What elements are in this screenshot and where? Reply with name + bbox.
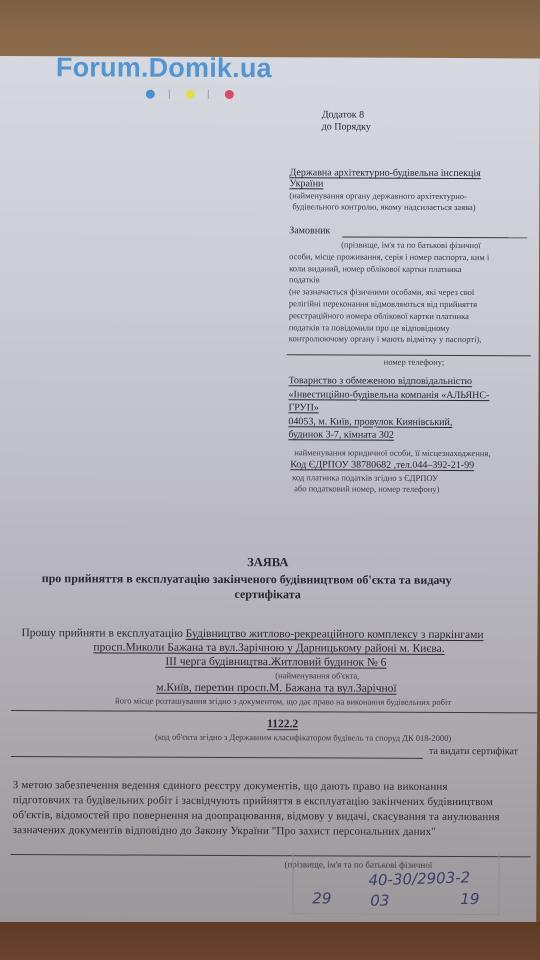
- authority-name-2: України: [289, 178, 323, 190]
- customer-field-line: [342, 236, 527, 238]
- customer-note-line: особи, місце проживання, серія і номер п…: [289, 251, 489, 263]
- watermark-dot-yellow: [186, 90, 195, 99]
- customer-note-line: коли виданий, номер облікової картки пла…: [289, 263, 461, 275]
- company-line: будинок 3-7, кімната 302: [288, 429, 394, 441]
- customer-label: Замовник: [289, 225, 330, 237]
- company-note: найменування юридичної особи, її місцезн…: [294, 447, 490, 459]
- object-name-3: III черга будівництва.Житловий будинок №…: [165, 655, 386, 670]
- watermark-dot-blue: [146, 90, 155, 99]
- certificate-tail: та видати сертифікат: [429, 746, 518, 758]
- object-name: Будівництво житлово-рекреаційного компле…: [186, 628, 484, 641]
- consent-line: З метою забезпечення ведення єдиного реє…: [13, 778, 448, 794]
- desk-background-top: [0, 0, 540, 58]
- customer-note-line: податків та повідомили про це відповідно…: [289, 322, 450, 334]
- document-page: Forum.Domik.ua Додаток 8 до Порядку Держ…: [0, 56, 540, 926]
- company-line: ГРУП»: [288, 402, 318, 414]
- document-subtitle: про прийняття в експлуатацію закінченого…: [42, 571, 452, 587]
- customer-note-line: реєстраційного номера облікової картки п…: [289, 310, 469, 322]
- location-note: його місце розташування згідно з докумен…: [115, 696, 451, 708]
- stamp-day: 29: [312, 889, 331, 907]
- request-prefix: Прошу прийняти в експлуатацію: [21, 627, 185, 640]
- stamp-month: 03: [370, 892, 389, 910]
- consent-line: підготовчих та будівельних робіт і засві…: [13, 793, 493, 809]
- phone-label: номер телефону;: [384, 357, 445, 368]
- location-line: [11, 710, 537, 713]
- customer-note-line: релігійні переконання відмовляються від …: [289, 298, 477, 310]
- company-code-note: код платника податків згідно з ЄДРПОУ: [292, 472, 438, 484]
- appendix-sub: до Порядку: [322, 121, 371, 133]
- document-subtitle-2: сертифіката: [0, 586, 538, 602]
- certificate-line: [11, 756, 423, 759]
- consent-line: об'єктів, відомостей про повернення на д…: [13, 808, 500, 824]
- authority-note-2: будівельного контролю, якому надсилаєтьс…: [292, 201, 475, 213]
- consent-line: зазначених документів відповідно до Зако…: [13, 823, 436, 839]
- watermark-dot-pink: [225, 90, 234, 99]
- watermark-divider: [169, 90, 170, 99]
- customer-note-line: контролюючому органу і мають відмітку у …: [289, 334, 482, 346]
- object-code: 1122.2: [267, 717, 298, 731]
- stamp-year: 19: [460, 890, 479, 908]
- object-note: (найменування об'єкта,: [275, 670, 359, 681]
- watermark-dots: [146, 90, 246, 102]
- registration-number: 40-30/2903-2: [368, 868, 470, 889]
- request-line: Прошу прийняти в експлуатацію Будівництв…: [21, 626, 483, 642]
- authority-note: (найменування органу державного архітект…: [289, 190, 467, 202]
- company-line: 04053, м. Київ, провулок Киянівський,: [288, 416, 452, 429]
- company-line: «Інвестиційно-будівельна компанія «АЛЬЯН…: [288, 389, 489, 402]
- appendix-label: Додаток 8: [322, 109, 364, 121]
- company-code: Код ЄДРПОУ 38780682 ,тел.044–392-21-99: [290, 459, 474, 472]
- desk-background-bottom: [0, 922, 540, 960]
- object-code-note: (код об'єкта згідно з Державним класифік…: [155, 732, 451, 744]
- company-code-note-2: або податковий номер, номер телефону): [294, 483, 439, 495]
- object-name-2: просп.Миколи Бажана та вул.Зарічною у Да…: [93, 640, 444, 656]
- company-line: Товариство з обмеженою відповідальністю: [289, 375, 473, 388]
- document-title: ЗАЯВА: [0, 554, 538, 570]
- watermark-divider: [208, 90, 209, 99]
- customer-note-line: (не зазначається фізичними особами, які …: [289, 286, 474, 298]
- customer-note-line: (прізвище, ім'я та по батькові фізичної: [341, 239, 481, 251]
- customer-note-line: податків: [289, 275, 320, 286]
- object-location: м.Київ, перетин просп.М. Бажана та вул.З…: [156, 681, 396, 696]
- watermark-logo: Forum.Domik.ua: [56, 52, 272, 84]
